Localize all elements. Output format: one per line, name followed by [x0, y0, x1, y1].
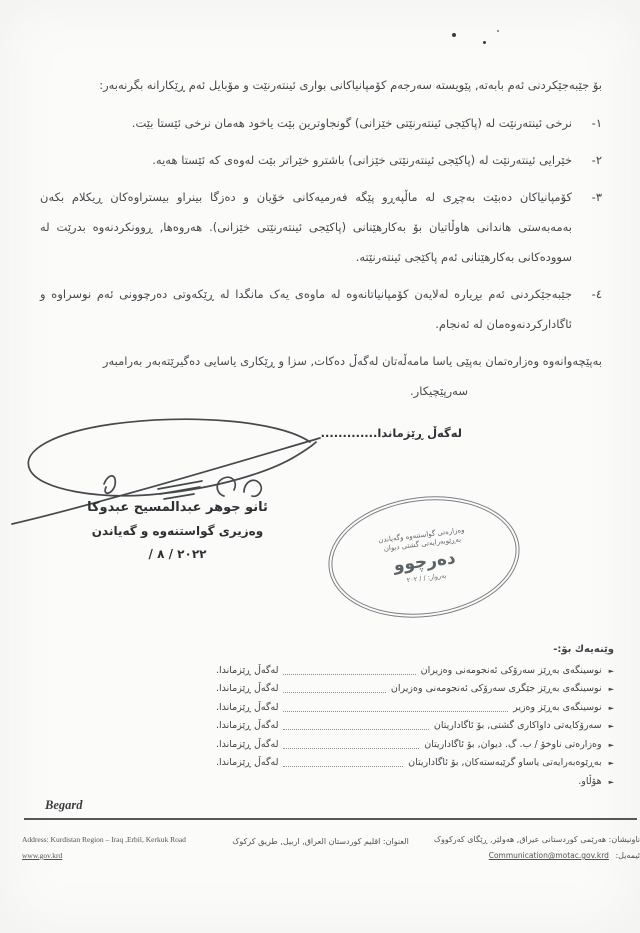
cc-respect-note: لەگەڵ ڕێزماندا. [216, 756, 278, 770]
intro-paragraph: بۆ جێبەجێکردنی ئەم بابەتە, پێویستە سەرجە… [40, 70, 602, 100]
item-number: ٢- [572, 145, 602, 175]
signature-block: ئانو جوهر عبدالمسیح عبدوکا وەزیری گواستن… [35, 500, 320, 561]
dotted-leader [283, 748, 419, 749]
item-number: ٣- [572, 182, 602, 272]
signer-date: ٢٠٢٢ / ٨ / [35, 547, 320, 561]
dotted-leader [283, 729, 428, 730]
list-item-1: ١- نرخی ئینتەرنێت لە (پاکێجی ئینتەرنێتی … [40, 108, 602, 138]
cc-row: ► نوسینگەی بەڕێز جێگری سەرۆکی ئەنجومەنی … [216, 678, 614, 697]
outgoing-oval-stamp: وەزارەتی گواستنەوە وگەیاندن بەڕێوبەرایەت… [321, 486, 526, 629]
ink-dot [452, 33, 456, 37]
closing-paragraph-line1: بەپێچەوانەوە وەزارەتمان بەپێی یاسا مامەڵ… [40, 346, 602, 376]
closing-paragraph-line2: سەرپێچیکار. [40, 376, 602, 406]
letter-body: بۆ جێبەجێکردنی ئەم بابەتە, پێویستە سەرجە… [40, 70, 602, 406]
scanned-letter-page: بۆ جێبەجێکردنی ئەم بابەتە, پێویستە سەرجە… [0, 0, 640, 933]
arrow-bullet-icon: ► [609, 664, 614, 677]
cc-row: ► نوسینگەی بەڕێز سەرۆکی ئەنجومەنی وەزیرا… [216, 659, 614, 678]
cc-row: ► بەڕێوەبەرایەتی یاساو گرێبەستەکان, بۆ ئ… [216, 752, 614, 771]
footer-divider-line [24, 818, 637, 820]
arrow-bullet-icon: ► [609, 775, 614, 788]
cc-respect-note: لەگەڵ ڕێزماندا. [216, 664, 278, 678]
dotted-leader [283, 674, 415, 675]
footer-address-english: Address: Kurdistan Region – Iraq ,Erbil,… [22, 835, 217, 860]
footer-address-kurdish: ناونیشان: هەرێمی کوردستانی عیراق, هەولێر… [412, 835, 640, 860]
cc-recipient: هۆڵاو. [578, 775, 601, 789]
arrow-bullet-icon: ► [609, 701, 614, 714]
cc-recipient: نوسینگەی بەڕێز جێگری سەرۆکی ئەنجومەنی وە… [391, 682, 602, 696]
website-link: www.gov.krd [22, 851, 217, 860]
cc-respect-note: لەگەڵ ڕێزماندا. [216, 738, 278, 752]
signer-title: وەزیری گواستنەوە و گەیاندن [35, 524, 320, 538]
begard-label: Begard [45, 798, 83, 813]
item-number: ١- [572, 108, 602, 138]
arrow-bullet-icon: ► [609, 738, 614, 751]
cc-recipient: نوسینگەی بەڕێز سەرۆکی ئەنجومەنی وەزیران [421, 664, 602, 678]
cc-header: وێنەیەك بۆ:- [216, 644, 614, 655]
item-text: جێبەجێکردنی ئەم بڕیارە لەلایەن کۆمپانیات… [40, 279, 572, 339]
cc-row: ► وەزارەتی ناوخۆ / ب. گ. دیوان, بۆ ئاگاد… [216, 733, 614, 752]
arrow-bullet-icon: ► [609, 683, 614, 696]
item-number: ٤- [572, 279, 602, 339]
dotted-leader [283, 711, 508, 712]
cc-respect-note: لەگەڵ ڕێزماندا. [216, 682, 278, 696]
item-text: کۆمپانیاکان دەبێت بەچڕی لە ماڵپەڕو پێگە … [40, 182, 572, 272]
address-ku-text: ناونیشان: هەرێمی کوردستانی عیراق, هەولێر… [412, 835, 640, 844]
footer-address-arabic: العنوان: اقلیم کوردستان العراق, اربیل, ط… [228, 837, 413, 846]
cc-recipient: بەڕێوەبەرایەتی یاساو گرێبەستەکان, بۆ ئاگ… [408, 756, 601, 770]
list-item-2: ٢- خێرایی ئینتەرنێت لە (پاکێجی ئینتەرنێت… [40, 145, 602, 175]
dotted-leader [283, 692, 385, 693]
cc-recipient: سەرۆکایەتی داواکاری گشتی, بۆ ئاگاداریتان [434, 719, 602, 733]
cc-respect-note: لەگەڵ ڕێزماندا. [216, 719, 278, 733]
cc-row-archive: ► هۆڵاو. [216, 770, 614, 789]
list-item-4: ٤- جێبەجێکردنی ئەم بڕیارە لەلایەن کۆمپان… [40, 279, 602, 339]
cc-row: ► سەرۆکایەتی داواکاری گشتی, بۆ ئاگاداریت… [216, 715, 614, 734]
email-row: ئیمەیل: Communication@motac.gov.krd [412, 851, 640, 860]
cc-respect-note: لەگەڵ ڕێزماندا. [216, 701, 278, 715]
email-link: Communication@motac.gov.krd [489, 851, 609, 860]
ink-dot [497, 30, 499, 32]
address-en-text: Address: Kurdistan Region – Iraq ,Erbil,… [22, 835, 217, 844]
cc-recipient: وەزارەتی ناوخۆ / ب. گ. دیوان, بۆ ئاگادار… [424, 738, 601, 752]
cc-list: وێنەیەك بۆ:- ► نوسینگەی بەڕێز سەرۆکی ئەن… [216, 644, 614, 789]
ink-dot [483, 41, 486, 44]
item-text: نرخی ئینتەرنێت لە (پاکێجی ئینتەرنێتی خێز… [40, 108, 572, 138]
list-item-3: ٣- کۆمپانیاکان دەبێت بەچڕی لە ماڵپەڕو پێ… [40, 182, 602, 272]
signer-name: ئانو جوهر عبدالمسیح عبدوکا [35, 500, 320, 515]
arrow-bullet-icon: ► [609, 757, 614, 770]
dotted-leader [283, 766, 403, 767]
cc-row: ► نوسینگەی بەڕێز وەزیر لەگەڵ ڕێزماندا. [216, 696, 614, 715]
cc-recipient: نوسینگەی بەڕێز وەزیر [513, 701, 602, 715]
item-text: خێرایی ئینتەرنێت لە (پاکێجی ئینتەرنێتی خ… [40, 145, 572, 175]
email-label: ئیمەیل: [615, 851, 640, 860]
arrow-bullet-icon: ► [609, 720, 614, 733]
